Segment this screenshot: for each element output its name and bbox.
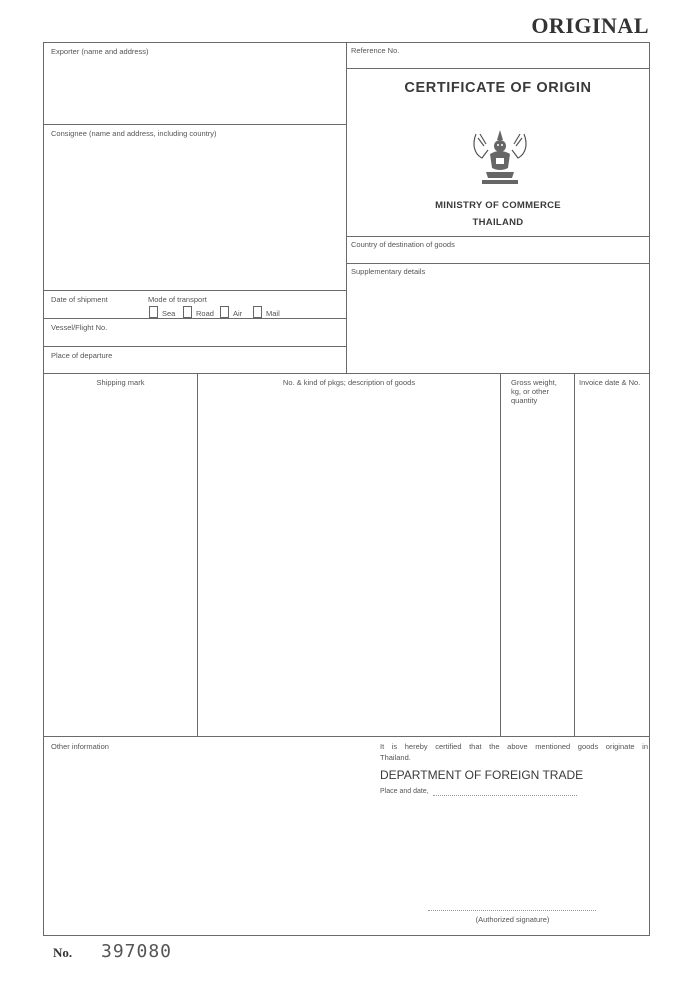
sea-checkbox[interactable]	[149, 306, 158, 318]
date-of-shipment-label: Date of shipment	[51, 295, 108, 304]
title-box-bottom-line	[346, 236, 649, 237]
other-information-label: Other information	[51, 742, 109, 751]
certificate-title: CERTIFICATE OF ORIGIN	[347, 80, 649, 96]
ministry-line-2: THAILAND	[347, 217, 649, 228]
description-of-goods-field[interactable]	[198, 392, 500, 736]
mail-label: Mail	[266, 309, 280, 318]
gross-weight-header-line-1: Gross weight,	[511, 378, 557, 387]
consignee-field[interactable]	[44, 140, 346, 290]
destination-bottom-line	[346, 263, 649, 264]
certification-statement: It is hereby certified that the above me…	[380, 741, 648, 763]
reference-bottom-line	[346, 68, 649, 69]
ministry-line-1: MINISTRY OF COMMERCE	[347, 200, 649, 211]
supplementary-details-field[interactable]	[347, 277, 649, 373]
serial-number-label: No.	[53, 945, 72, 961]
copy-type-heading: ORIGINAL	[531, 13, 649, 39]
shipment-bottom-line	[43, 318, 346, 319]
goods-table-top-line	[43, 373, 650, 374]
gross-weight-header-line-2: kg, or other	[511, 387, 549, 396]
reference-no-label: Reference No.	[351, 46, 399, 55]
supplementary-details-label: Supplementary details	[351, 267, 425, 276]
road-checkbox[interactable]	[183, 306, 192, 318]
vessel-flight-label: Vessel/Flight No.	[51, 323, 107, 332]
frame-bottom	[43, 935, 650, 936]
vessel-flight-field[interactable]	[44, 333, 346, 346]
mail-checkbox[interactable]	[253, 306, 262, 318]
destination-country-label: Country of destination of goods	[351, 240, 455, 249]
goods-table-bottom-line	[43, 736, 650, 737]
destination-country-field[interactable]	[347, 250, 649, 263]
exporter-field[interactable]	[44, 58, 346, 124]
other-information-field[interactable]	[44, 752, 374, 935]
frame-right	[649, 42, 650, 936]
place-and-date-label: Place and date,	[380, 788, 429, 795]
serial-number-value: 397080	[101, 941, 172, 962]
air-label: Air	[233, 309, 242, 318]
invoice-date-field[interactable]	[575, 392, 649, 736]
gross-weight-field[interactable]	[501, 408, 574, 736]
consignee-label: Consignee (name and address, including c…	[51, 129, 217, 138]
exporter-label: Exporter (name and address)	[51, 47, 149, 56]
air-checkbox[interactable]	[220, 306, 229, 318]
mode-of-transport-label: Mode of transport	[148, 295, 207, 304]
reference-no-field[interactable]	[347, 56, 649, 68]
garuda-emblem-icon	[468, 128, 532, 190]
gross-weight-header-line-3: quantity	[511, 396, 537, 405]
signature-line[interactable]	[428, 910, 596, 911]
place-and-date-field[interactable]	[433, 795, 577, 796]
place-of-departure-label: Place of departure	[51, 351, 112, 360]
authorized-signature-label: (Authorized signature)	[430, 915, 595, 924]
exporter-bottom-line	[43, 124, 346, 125]
place-of-departure-field[interactable]	[44, 361, 346, 373]
consignee-bottom-line	[43, 290, 346, 291]
department-name: DEPARTMENT OF FOREIGN TRADE	[380, 768, 583, 782]
invoice-date-header: Invoice date & No.	[579, 378, 640, 387]
vessel-bottom-line	[43, 346, 346, 347]
description-of-goods-header: No. & kind of pkgs; description of goods	[198, 378, 500, 387]
road-label: Road	[196, 309, 214, 318]
shipping-mark-field[interactable]	[44, 392, 197, 736]
shipping-mark-header: Shipping mark	[44, 378, 197, 387]
sea-label: Sea	[162, 309, 175, 318]
